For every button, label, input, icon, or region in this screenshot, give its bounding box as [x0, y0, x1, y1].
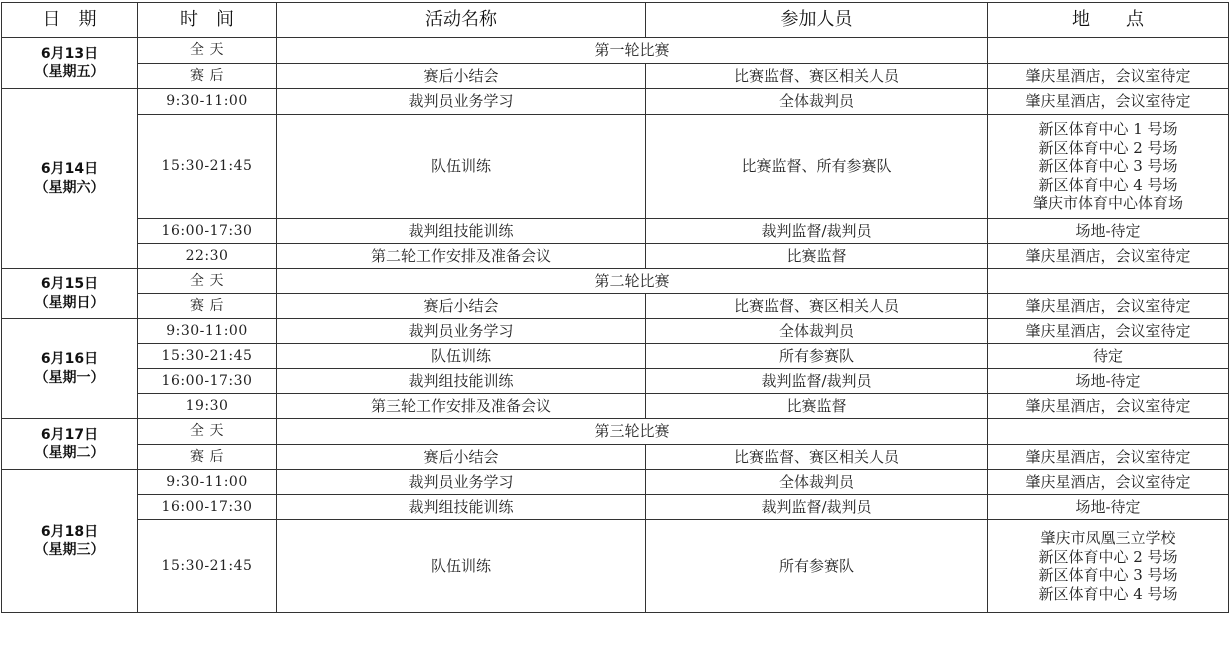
participants-cell: 裁判监督/裁判员 [646, 369, 988, 394]
participants-cell: 比赛监督 [646, 394, 988, 419]
table-row: 赛 后 赛后小结会 比赛监督、赛区相关人员 肇庆星酒店，会议室待定 [2, 294, 1229, 319]
location-cell [988, 269, 1229, 294]
time-cell: 15:30-21:45 [138, 520, 277, 613]
date-label: 6月13日 [2, 45, 137, 64]
weekday-label: （星期日） [2, 294, 137, 313]
location-cell [988, 38, 1229, 64]
time-cell: 全 天 [138, 419, 277, 445]
header-date: 日 期 [2, 3, 138, 38]
time-cell: 全 天 [138, 269, 277, 294]
header-row: 日 期 时 间 活动名称 参加人员 地 点 [2, 3, 1229, 38]
time-cell: 全 天 [138, 38, 277, 64]
location-cell: 肇庆星酒店，会议室待定 [988, 445, 1229, 470]
location-cell: 肇庆星酒店，会议室待定 [988, 64, 1229, 89]
time-cell: 赛 后 [138, 64, 277, 89]
activity-cell: 裁判员业务学习 [277, 89, 646, 115]
participants-cell: 所有参赛队 [646, 520, 988, 613]
time-cell: 22:30 [138, 244, 277, 269]
time-cell: 16:00-17:30 [138, 219, 277, 244]
header-location: 地 点 [988, 3, 1229, 38]
activity-cell: 队伍训练 [277, 520, 646, 613]
weekday-label: （星期五） [2, 63, 137, 82]
time-cell: 19:30 [138, 394, 277, 419]
schedule-table: 日 期 时 间 活动名称 参加人员 地 点 6月13日 （星期五） 全 天 第一… [1, 2, 1229, 613]
location-cell: 待定 [988, 344, 1229, 369]
table-row: 19:30 第三轮工作安排及准备会议 比赛监督 肇庆星酒店，会议室待定 [2, 394, 1229, 419]
weekday-label: （星期一） [2, 369, 137, 388]
participants-cell: 所有参赛队 [646, 344, 988, 369]
activity-cell: 裁判组技能训练 [277, 219, 646, 244]
table-row: 赛 后 赛后小结会 比赛监督、赛区相关人员 肇庆星酒店，会议室待定 [2, 445, 1229, 470]
activity-cell: 裁判组技能训练 [277, 495, 646, 520]
activity-cell: 赛后小结会 [277, 294, 646, 319]
location-cell: 肇庆星酒店，会议室待定 [988, 394, 1229, 419]
location-line: 新区体育中心 4 号场 [988, 176, 1228, 195]
location-cell: 新区体育中心 1 号场 新区体育中心 2 号场 新区体育中心 3 号场 新区体育… [988, 115, 1229, 219]
participants-cell: 比赛监督 [646, 244, 988, 269]
participants-cell: 全体裁判员 [646, 470, 988, 495]
date-label: 6月17日 [2, 426, 137, 445]
table-row: 6月13日 （星期五） 全 天 第一轮比赛 [2, 38, 1229, 64]
time-cell: 16:00-17:30 [138, 369, 277, 394]
header-activity: 活动名称 [277, 3, 646, 38]
participants-cell: 裁判监督/裁判员 [646, 219, 988, 244]
date-cell: 6月18日 （星期三） [2, 470, 138, 613]
participants-cell: 比赛监督、赛区相关人员 [646, 64, 988, 89]
weekday-label: （星期三） [2, 541, 137, 560]
table-row: 16:00-17:30 裁判组技能训练 裁判监督/裁判员 场地-待定 [2, 219, 1229, 244]
date-cell: 6月15日 （星期日） [2, 269, 138, 319]
table-row: 6月18日 （星期三） 9:30-11:00 裁判员业务学习 全体裁判员 肇庆星… [2, 470, 1229, 495]
date-cell: 6月13日 （星期五） [2, 38, 138, 89]
activity-cell: 赛后小结会 [277, 445, 646, 470]
date-cell: 6月14日 （星期六） [2, 89, 138, 269]
participants-cell: 比赛监督、赛区相关人员 [646, 445, 988, 470]
location-cell: 肇庆星酒店，会议室待定 [988, 319, 1229, 344]
activity-cell: 裁判组技能训练 [277, 369, 646, 394]
location-cell: 场地-待定 [988, 219, 1229, 244]
date-cell: 6月17日 （星期二） [2, 419, 138, 470]
table-row: 6月14日 （星期六） 9:30-11:00 裁判员业务学习 全体裁判员 肇庆星… [2, 89, 1229, 115]
location-line: 肇庆市体育中心体育场 [988, 194, 1228, 213]
activity-cell: 裁判员业务学习 [277, 319, 646, 344]
time-cell: 15:30-21:45 [138, 115, 277, 219]
table-row: 16:00-17:30 裁判组技能训练 裁判监督/裁判员 场地-待定 [2, 369, 1229, 394]
table-row: 22:30 第二轮工作安排及准备会议 比赛监督 肇庆星酒店，会议室待定 [2, 244, 1229, 269]
activity-cell: 队伍训练 [277, 344, 646, 369]
activity-cell: 裁判员业务学习 [277, 470, 646, 495]
location-line: 肇庆市凤凰三立学校 [988, 529, 1228, 548]
location-cell: 肇庆星酒店，会议室待定 [988, 89, 1229, 115]
date-label: 6月15日 [2, 275, 137, 294]
location-line: 新区体育中心 1 号场 [988, 120, 1228, 139]
time-cell: 赛 后 [138, 445, 277, 470]
activity-cell: 第二轮工作安排及准备会议 [277, 244, 646, 269]
date-cell: 6月16日 （星期一） [2, 319, 138, 419]
time-cell: 9:30-11:00 [138, 89, 277, 115]
activity-cell: 第三轮比赛 [277, 419, 988, 445]
participants-cell: 全体裁判员 [646, 89, 988, 115]
table-row: 16:00-17:30 裁判组技能训练 裁判监督/裁判员 场地-待定 [2, 495, 1229, 520]
time-cell: 9:30-11:00 [138, 319, 277, 344]
table-row: 15:30-21:45 队伍训练 所有参赛队 待定 [2, 344, 1229, 369]
activity-cell: 第一轮比赛 [277, 38, 988, 64]
table-row: 6月17日 （星期二） 全 天 第三轮比赛 [2, 419, 1229, 445]
location-line: 新区体育中心 2 号场 [988, 548, 1228, 567]
time-cell: 15:30-21:45 [138, 344, 277, 369]
weekday-label: （星期二） [2, 444, 137, 463]
table-row: 赛 后 赛后小结会 比赛监督、赛区相关人员 肇庆星酒店，会议室待定 [2, 64, 1229, 89]
time-cell: 赛 后 [138, 294, 277, 319]
header-participants: 参加人员 [646, 3, 988, 38]
location-cell [988, 419, 1229, 445]
activity-cell: 第二轮比赛 [277, 269, 988, 294]
time-cell: 9:30-11:00 [138, 470, 277, 495]
participants-cell: 裁判监督/裁判员 [646, 495, 988, 520]
location-cell: 肇庆星酒店，会议室待定 [988, 470, 1229, 495]
location-cell: 肇庆市凤凰三立学校 新区体育中心 2 号场 新区体育中心 3 号场 新区体育中心… [988, 520, 1229, 613]
table-row: 15:30-21:45 队伍训练 所有参赛队 肇庆市凤凰三立学校 新区体育中心 … [2, 520, 1229, 613]
location-cell: 场地-待定 [988, 495, 1229, 520]
location-line: 新区体育中心 3 号场 [988, 157, 1228, 176]
location-cell: 肇庆星酒店，会议室待定 [988, 244, 1229, 269]
location-line: 新区体育中心 4 号场 [988, 585, 1228, 604]
activity-cell: 赛后小结会 [277, 64, 646, 89]
participants-cell: 全体裁判员 [646, 319, 988, 344]
participants-cell: 比赛监督、所有参赛队 [646, 115, 988, 219]
activity-cell: 第三轮工作安排及准备会议 [277, 394, 646, 419]
participants-cell: 比赛监督、赛区相关人员 [646, 294, 988, 319]
date-label: 6月16日 [2, 350, 137, 369]
activity-cell: 队伍训练 [277, 115, 646, 219]
header-time: 时 间 [138, 3, 277, 38]
weekday-label: （星期六） [2, 179, 137, 198]
table-row: 15:30-21:45 队伍训练 比赛监督、所有参赛队 新区体育中心 1 号场 … [2, 115, 1229, 219]
location-cell: 场地-待定 [988, 369, 1229, 394]
location-line: 新区体育中心 3 号场 [988, 566, 1228, 585]
date-label: 6月18日 [2, 523, 137, 542]
location-line: 新区体育中心 2 号场 [988, 139, 1228, 158]
date-label: 6月14日 [2, 160, 137, 179]
location-cell: 肇庆星酒店，会议室待定 [988, 294, 1229, 319]
time-cell: 16:00-17:30 [138, 495, 277, 520]
table-row: 6月16日 （星期一） 9:30-11:00 裁判员业务学习 全体裁判员 肇庆星… [2, 319, 1229, 344]
table-row: 6月15日 （星期日） 全 天 第二轮比赛 [2, 269, 1229, 294]
